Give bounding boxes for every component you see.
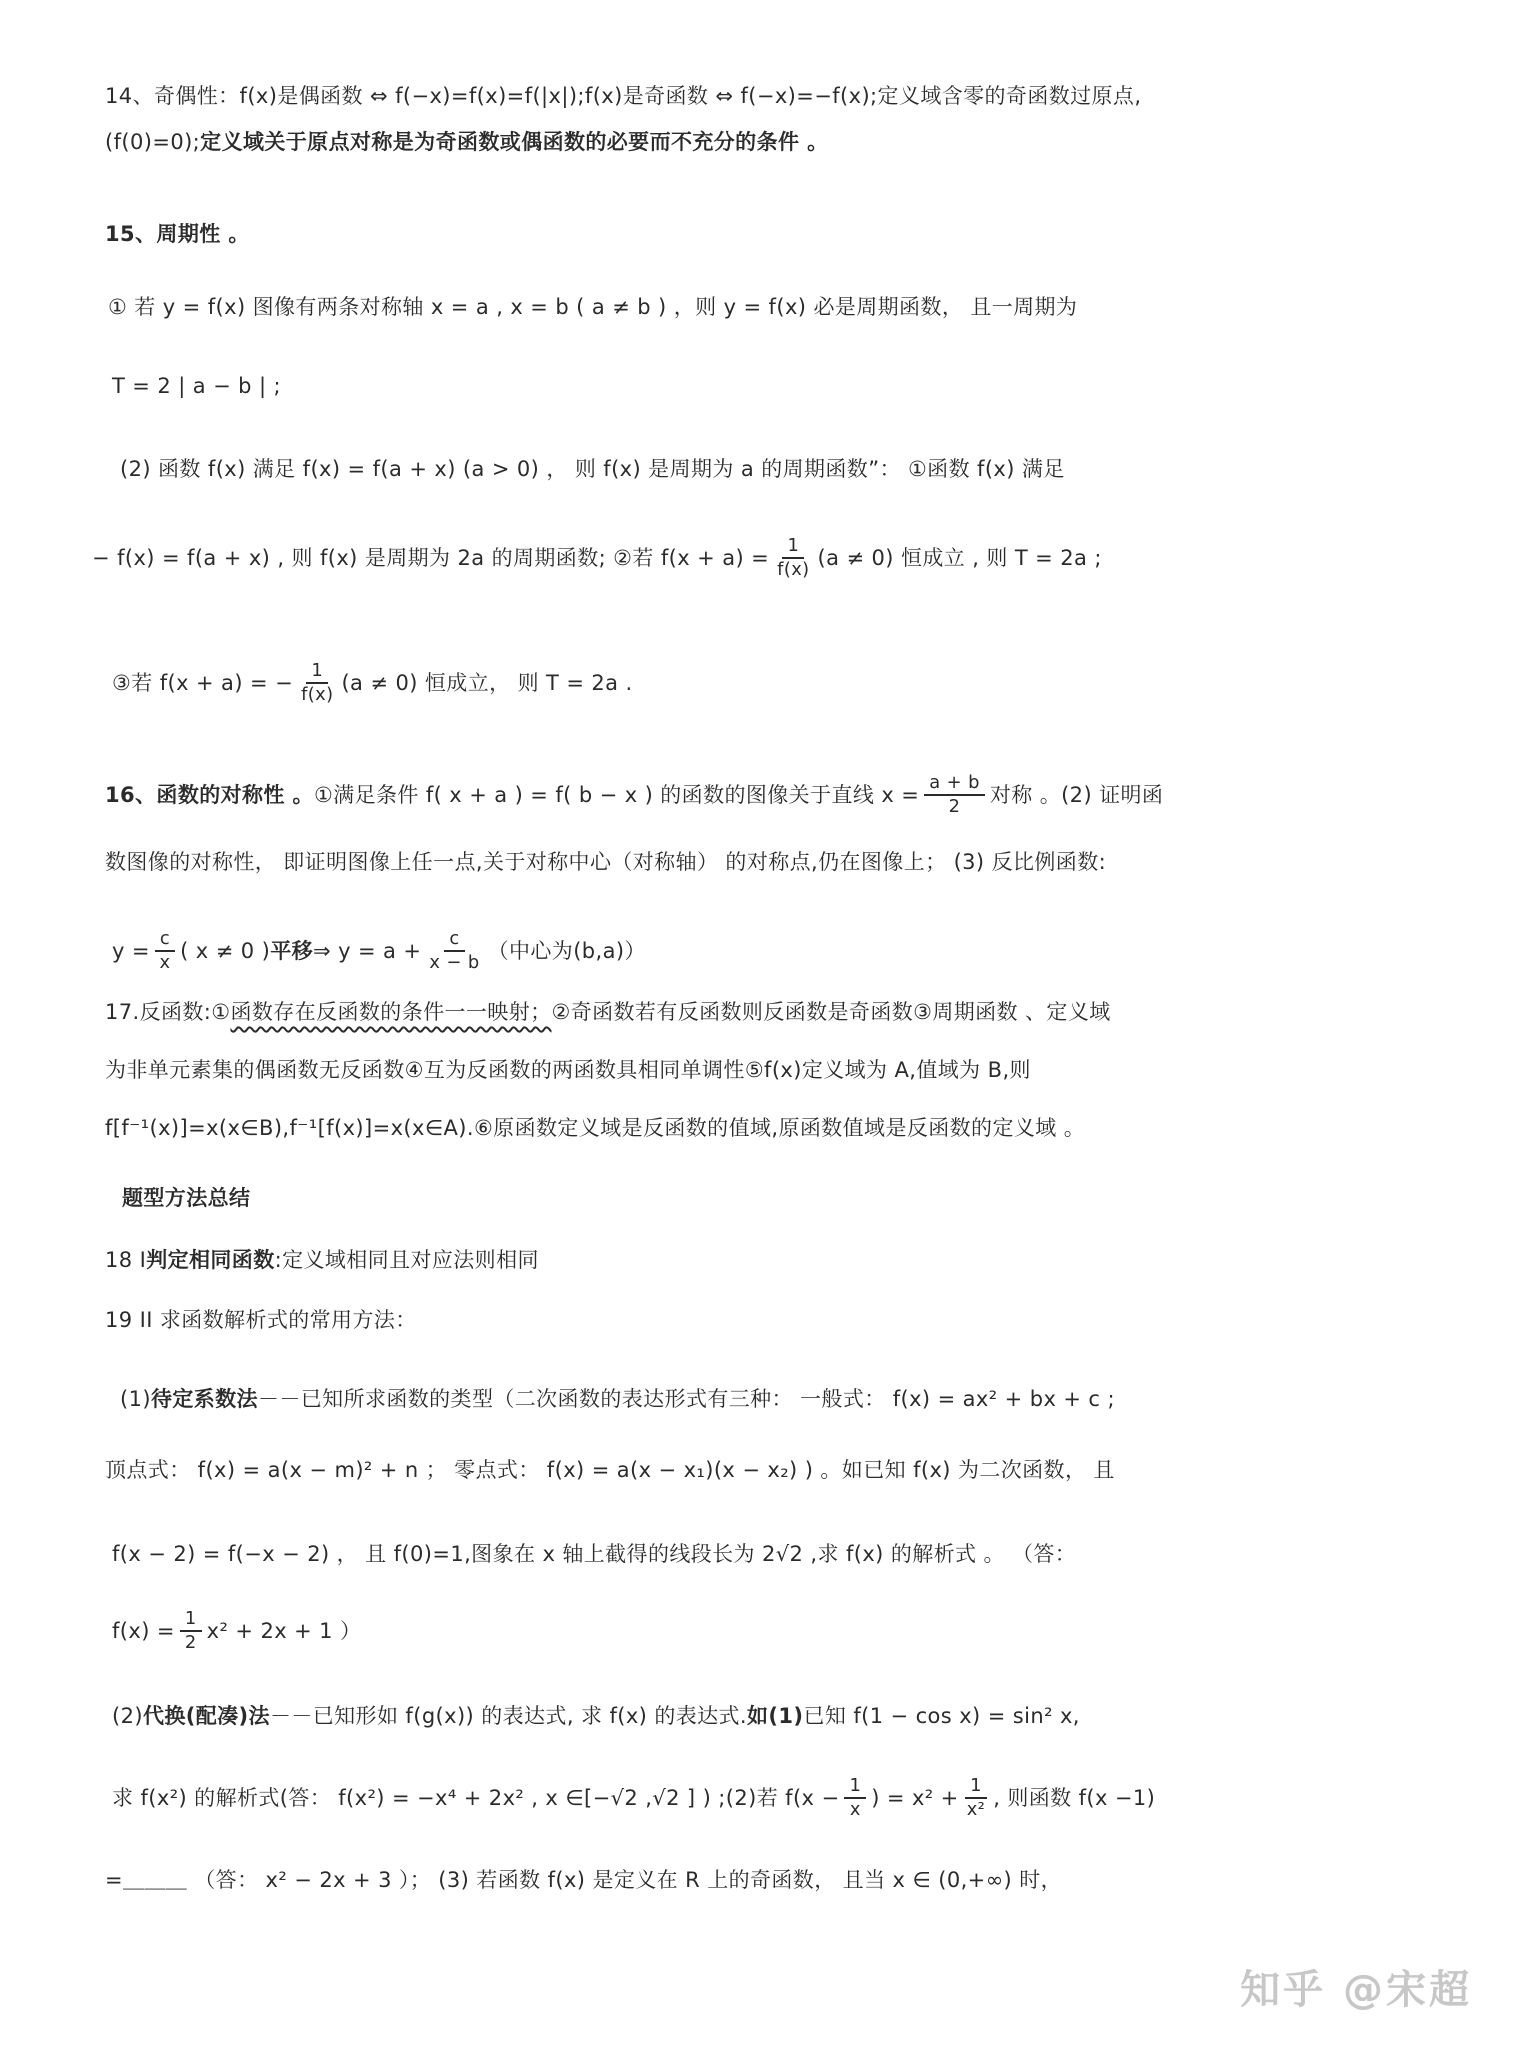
- text-run: ) = x² +: [871, 1784, 958, 1812]
- text-run: T = 2 | a − b | ;: [112, 372, 281, 400]
- line-15-item-2b: − f(x) = f(a + x) , 则 f(x) 是周期为 2a 的周期函数…: [92, 535, 1102, 582]
- text-run: (1): [120, 1385, 151, 1413]
- fraction: 12: [180, 1608, 202, 1655]
- text-run: 题型方法总结: [122, 1184, 250, 1212]
- text-run: f(x − 2) = f(−x − 2) ， 且 f(0)=1,图象在 x 轴上…: [112, 1540, 1076, 1568]
- zhihu-watermark: 知乎 @宋超: [1240, 1958, 1472, 2015]
- line-15-item-3: ③若 f(x + a) = −1f(x)(a ≠ 0) 恒成立， 则 T = 2…: [112, 660, 633, 707]
- line-17-inverse: 17.反函数:①函数存在反函数的条件一一映射；②奇函数若有反函数则反函数是奇函数…: [105, 998, 1111, 1026]
- line-15-item-2: (2) 函数 f(x) 满足 f(x) = f(a + x) (a > 0) ，…: [120, 455, 1065, 483]
- text-run: :定义域相同且对应法则相同: [275, 1246, 539, 1274]
- line-19-method-2b: 求 f(x²) 的解析式(答： f(x²) = −x⁴ + 2x² , x ∈[…: [112, 1775, 1155, 1822]
- fraction: 1x: [844, 1775, 866, 1822]
- text-run: 18 I: [105, 1246, 146, 1274]
- text-run: f[f⁻¹(x)]=x(x∈B),f⁻¹[f(x)]=x(x∈A).⑥原函数定义…: [105, 1114, 1085, 1142]
- text-run: ( x ≠ 0 ): [180, 937, 270, 965]
- fraction: cx − b: [426, 928, 482, 975]
- line-16-symmetry: 16、函数的对称性 。①满足条件 f( x + a ) = f( b − x )…: [105, 772, 1163, 819]
- text-run: 19 II 求函数解析式的常用方法：: [105, 1306, 417, 1334]
- text-run: 顶点式： f(x) = a(x − m)² + n ； 零点式： f(x) = …: [105, 1456, 1115, 1484]
- line-19-method-1-answer: f(x) =12x² + 2x + 1 ）: [112, 1608, 361, 1655]
- text-run: x² + 2x + 1 ）: [207, 1617, 362, 1645]
- text-run: y =: [112, 937, 150, 965]
- document-page: 14、奇偶性：f(x)是偶函数 ⇔ f(−x)=f(x)=f(|x|);f(x)…: [0, 0, 1536, 2048]
- line-16-symmetry-3: y =cx( x ≠ 0 ) 平移 ⇒ y = a +cx − b（中心为(b,…: [112, 928, 646, 975]
- text-run: (a ≠ 0) 恒成立 , 则 T = 2a ;: [818, 544, 1102, 572]
- text-run: －－已知所求函数的类型（二次函数的表达形式有三种： 一般式： f(x) = ax…: [258, 1385, 1115, 1413]
- text-run: 平移: [270, 937, 313, 965]
- text-run: ⇒ y = a +: [313, 937, 421, 965]
- line-17-inverse-2: 为非单元素集的偶函数无反函数④互为反函数的两函数具相同单调性⑤f(x)定义域为 …: [105, 1056, 1031, 1084]
- fraction: 1f(x): [298, 660, 336, 707]
- fraction: 1x²: [964, 1775, 989, 1822]
- text-run: 17.反函数:①: [105, 998, 231, 1026]
- text-run: 函数存在反函数的条件一一映射；: [231, 998, 552, 1026]
- text-run: 为非单元素集的偶函数无反函数④互为反函数的两函数具相同单调性⑤f(x)定义域为 …: [105, 1056, 1031, 1084]
- text-run: 数图像的对称性， 即证明图像上任一点,关于对称中心（对称轴） 的对称点,仍在图像…: [105, 848, 1106, 876]
- text-run: ③若 f(x + a) = −: [112, 669, 293, 697]
- text-run: －－已知形如 f(g(x)) 的表达式, 求 f(x) 的表达式.: [270, 1702, 747, 1730]
- text-run: (2) 函数 f(x) 满足 f(x) = f(a + x) (a > 0) ，…: [120, 455, 1065, 483]
- text-run: , 则函数 f(x −1): [993, 1784, 1155, 1812]
- line-17-inverse-3: f[f⁻¹(x)]=x(x∈B),f⁻¹[f(x)]=x(x∈A).⑥原函数定义…: [105, 1114, 1085, 1142]
- text-run: − f(x) = f(a + x) , 则 f(x) 是周期为 2a 的周期函数…: [92, 544, 769, 572]
- line-14-parity: 14、奇偶性：f(x)是偶函数 ⇔ f(−x)=f(x)=f(|x|);f(x)…: [105, 82, 1141, 110]
- text-run: 代换(配凑)法: [143, 1702, 270, 1730]
- text-run: ①满足条件 f( x + a ) = f( b − x ) 的函数的图像关于直线…: [314, 781, 919, 809]
- text-run: 如(1): [747, 1702, 803, 1730]
- fraction: 1f(x): [774, 535, 812, 582]
- line-19-method-1c: f(x − 2) = f(−x − 2) ， 且 f(0)=1,图象在 x 轴上…: [112, 1540, 1076, 1568]
- fraction: cx: [155, 928, 175, 975]
- text-run: 定义域关于原点对称是为奇函数或偶函数的必要而不充分的条件 。: [200, 128, 828, 156]
- text-run: 对称 。(2) 证明函: [990, 781, 1164, 809]
- text-run: ① 若 y = f(x) 图像有两条对称轴 x = a , x = b ( a …: [108, 293, 1077, 321]
- text-run: 已知 f(1 − cos x) = sin² x,: [803, 1702, 1079, 1730]
- text-run: ②奇函数若有反函数则反函数是奇函数③周期函数 、定义域: [552, 998, 1111, 1026]
- text-run: 14、奇偶性：f(x)是偶函数 ⇔ f(−x)=f(x)=f(|x|);f(x)…: [105, 82, 1141, 110]
- text-run: f(x) =: [112, 1617, 175, 1645]
- text-run: 16、函数的对称性 。: [105, 781, 314, 809]
- line-16-symmetry-2: 数图像的对称性， 即证明图像上任一点,关于对称中心（对称轴） 的对称点,仍在图像…: [105, 848, 1106, 876]
- line-topic-summary-heading: 题型方法总结: [122, 1184, 250, 1212]
- text-run: 求 f(x²) 的解析式(答： f(x²) = −x⁴ + 2x² , x ∈[…: [112, 1784, 839, 1812]
- line-19-method-2: (2)代换(配凑)法－－已知形如 f(g(x)) 的表达式, 求 f(x) 的表…: [112, 1702, 1080, 1730]
- fraction: a + b2: [924, 772, 985, 819]
- line-14-parity-2: (f(0)=0);定义域关于原点对称是为奇函数或偶函数的必要而不充分的条件 。: [105, 128, 828, 156]
- line-19: 19 II 求函数解析式的常用方法：: [105, 1306, 417, 1334]
- text-run: 待定系数法: [151, 1385, 258, 1413]
- text-run: (a ≠ 0) 恒成立， 则 T = 2a .: [341, 669, 632, 697]
- line-19-method-2c: =＿＿＿ （答： x² − 2x + 3 ）； (3) 若函数 f(x) 是定义…: [105, 1866, 1062, 1894]
- line-15-item-1b: T = 2 | a − b | ;: [112, 372, 281, 400]
- line-19-method-1b: 顶点式： f(x) = a(x − m)² + n ； 零点式： f(x) = …: [105, 1456, 1115, 1484]
- line-18: 18 I 判定相同函数:定义域相同且对应法则相同: [105, 1246, 539, 1274]
- text-run: 判定相同函数: [146, 1246, 274, 1274]
- line-19-method-1: (1) 待定系数法－－已知所求函数的类型（二次函数的表达形式有三种： 一般式： …: [120, 1385, 1115, 1413]
- text-run: (2): [112, 1702, 143, 1730]
- text-run: （中心为(b,a)）: [488, 937, 646, 965]
- text-run: =＿＿＿ （答： x² − 2x + 3 ）； (3) 若函数 f(x) 是定义…: [105, 1866, 1062, 1894]
- line-15-item-1: ① 若 y = f(x) 图像有两条对称轴 x = a , x = b ( a …: [108, 293, 1077, 321]
- line-15-periodicity-heading: 15、周期性 。: [105, 220, 250, 248]
- text-run: 15、周期性 。: [105, 220, 250, 248]
- text-run: (f(0)=0);: [105, 128, 200, 156]
